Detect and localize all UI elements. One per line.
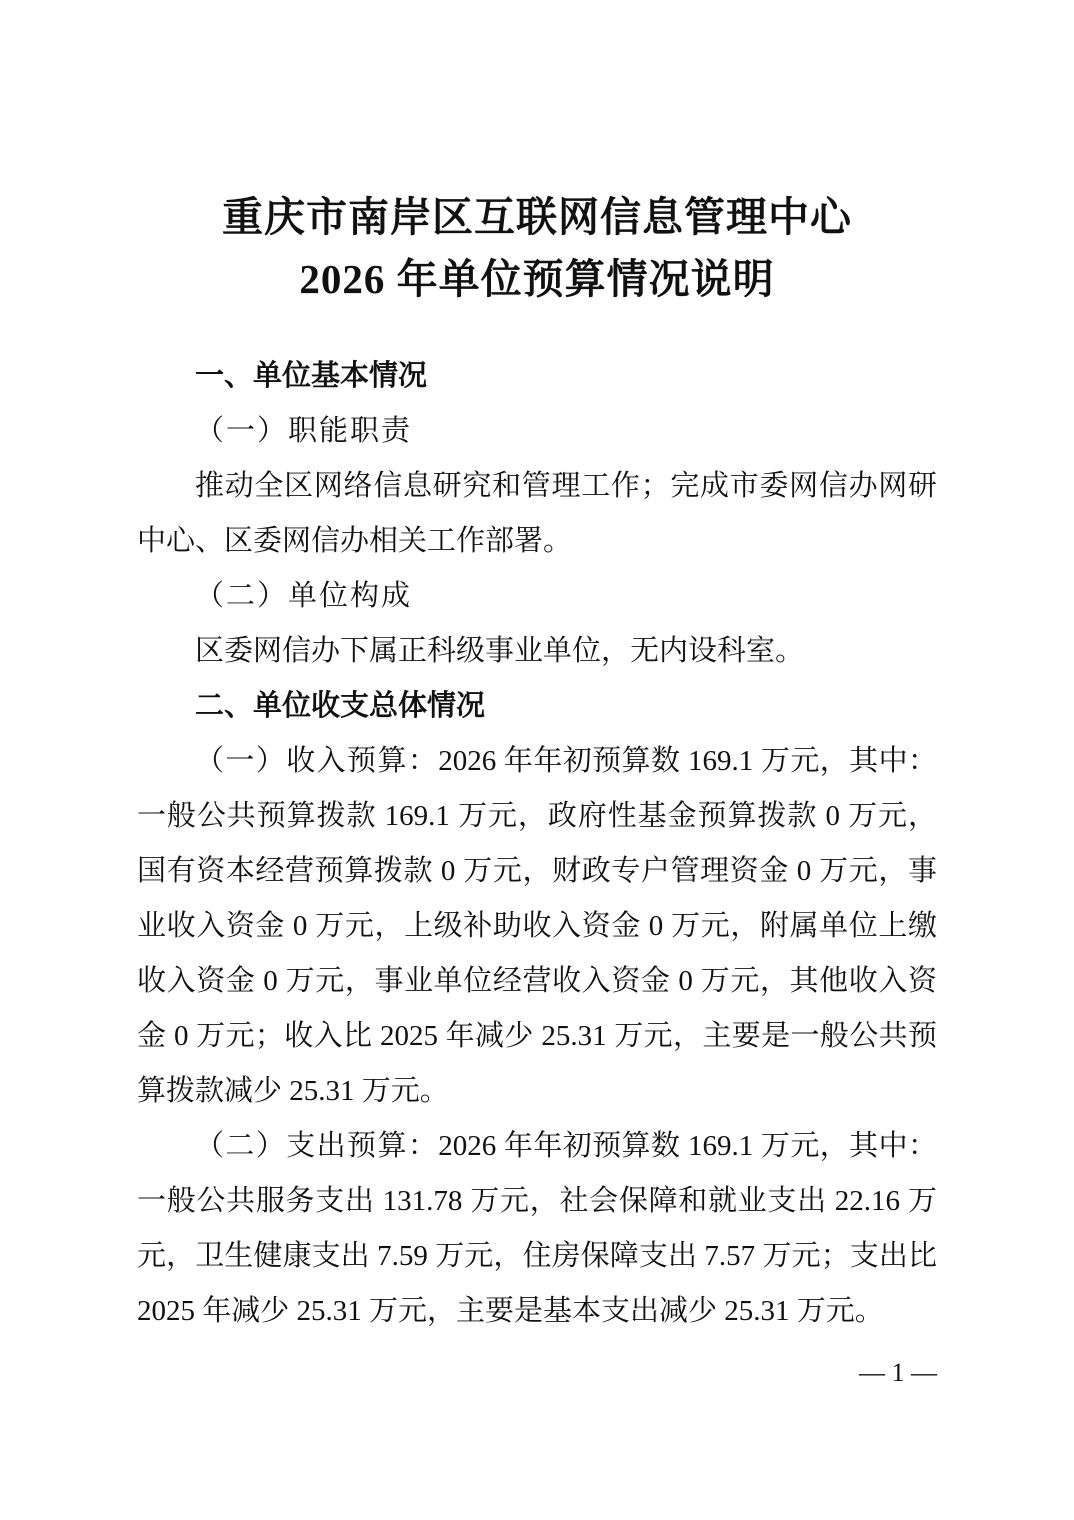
- section-subheading: （一）职能职责: [137, 404, 937, 459]
- section-heading: 一、单位基本情况: [137, 349, 937, 404]
- paragraph: 推动全区网络信息研究和管理工作；完成市委网信办网研中心、区委网信办相关工作部署。: [137, 459, 937, 569]
- paragraph-lead: （一）收入预算：: [195, 745, 438, 777]
- section-subheading: （二）单位构成: [137, 569, 937, 624]
- paragraph: （一）收入预算：2026 年年初预算数 169.1 万元，其中：一般公共预算拨款…: [137, 734, 937, 1119]
- page-number: — 1 —: [859, 1356, 937, 1390]
- document-title: 重庆市南岸区互联网信息管理中心 2026 年单位预算情况说明: [0, 186, 1074, 310]
- document-page: 重庆市南岸区互联网信息管理中心 2026 年单位预算情况说明 一、单位基本情况（…: [0, 0, 1074, 1520]
- document-title-line2: 2026 年单位预算情况说明: [0, 248, 1074, 310]
- paragraph: 区委网信办下属正科级事业单位，无内设科室。: [137, 624, 937, 679]
- document-title-line1: 重庆市南岸区互联网信息管理中心: [0, 186, 1074, 248]
- document-content: 一、单位基本情况（一）职能职责推动全区网络信息研究和管理工作；完成市委网信办网研…: [137, 349, 937, 1339]
- paragraph: （二）支出预算：2026 年年初预算数 169.1 万元，其中：一般公共服务支出…: [137, 1119, 937, 1339]
- paragraph-lead: （二）支出预算：: [195, 1130, 438, 1162]
- section-heading: 二、单位收支总体情况: [137, 679, 937, 734]
